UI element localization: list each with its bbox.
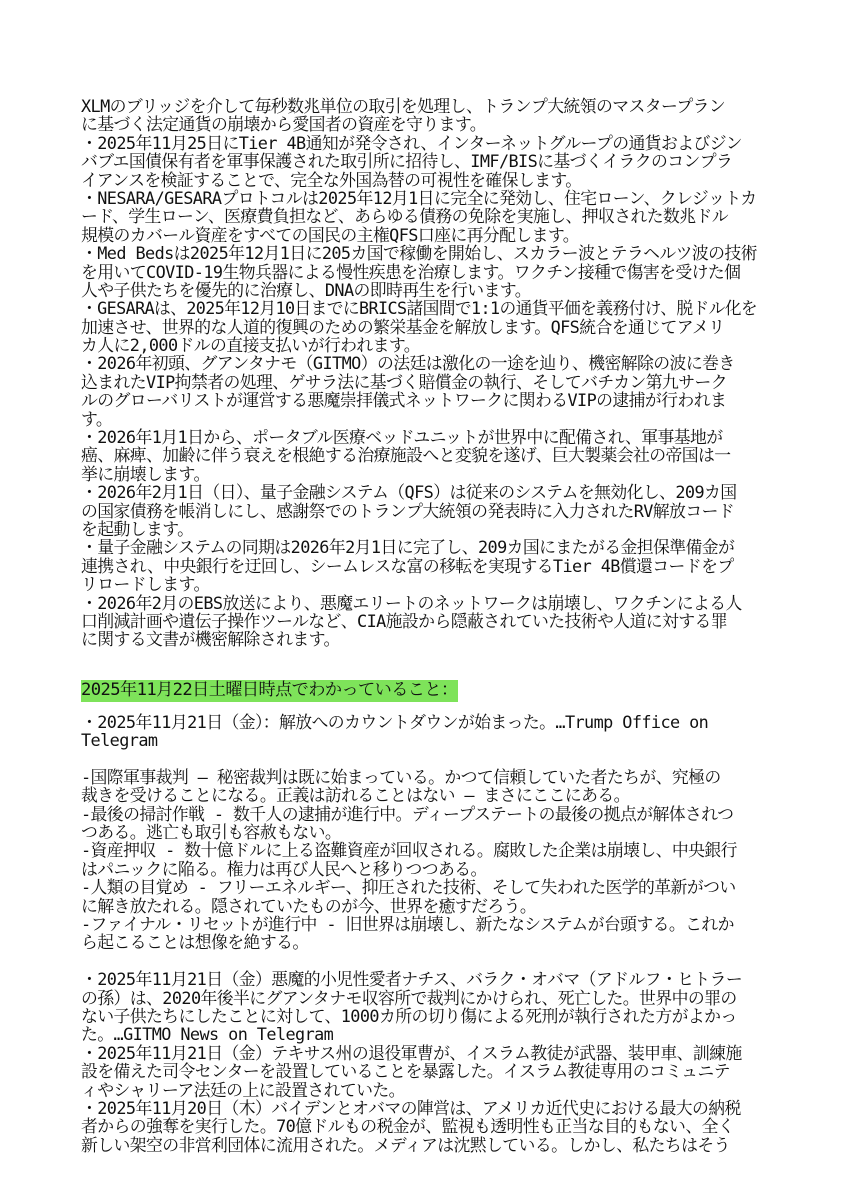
spacer [81,650,771,666]
text-line: ・2026年2月1日（日）、量子金融システム（QFS）は従来のシステムを無効化し… [81,484,757,502]
text-line: 口削減計画や遺伝子操作ツールなど、CIA施設から隠蔽されていた技術や人道に対する… [81,613,757,631]
text-line: リロードします。 [81,576,757,594]
text-line: Telegram [81,732,757,750]
text-line: イアンスを検証することで、完全な外国為替の可視性を確保します。 [81,172,757,190]
text-line: ・2026年1月1日から、ポータブル医療ベッドユニットが世界中に配備され、軍事基… [81,429,757,447]
text-line: 者からの強奪を実行した。70億ドルもの税金が、監視も透明性も正当な目的もない、全… [81,1118,757,1136]
text-line: 設を備えた司令センターを設置していることを暴露した。イスラム教徒専用のコミュニテ [81,1063,757,1081]
section-updates: ・2025年11月21日（金）：解放へのカウントダウンが始まった。…Trump … [81,714,771,1155]
section-forecast: XLMのブリッジを介して毎秒数兆単位の取引を処理し、トランプ大統領のマスタープラ… [81,98,771,650]
text-line: た。…GITMO News on Telegram [81,1026,757,1044]
text-line: つある。逃亡も取引も容赦もない。 [81,824,757,842]
text-line: ・2026年2月のEBS放送により、悪魔エリートのネットワークは崩壊し、ワクチン… [81,595,757,613]
section-heading-wrap: 2025年11月22日土曜日時点でわかっていること： [81,680,771,702]
text-line: ・量子金融システムの同期は2026年2月1日に完了し、209カ国にまたがる金担保… [81,539,757,557]
text-line: ・NESARA/GESARAプロトコルは2025年12月1日に完全に発効し、住宅… [81,190,757,208]
blank-line [81,751,771,769]
text-line: に関する文書が機密解除されます。 [81,631,757,649]
text-line: ない子供たちにしたことに対して、1000カ所の切り傷による死刑が執行された方がよ… [81,1008,757,1026]
text-line: カ人に2,000ドルの直接支払いが行われます。 [81,337,757,355]
text-line: ・2025年11月21日（金）：解放へのカウントダウンが始まった。…Trump … [81,714,757,732]
text-line: ・2025年11月25日にTier 4B通知が発令され、インターネットグループの… [81,135,757,153]
highlighted-heading: 2025年11月22日土曜日時点でわかっていること： [81,680,458,702]
text-line: ・2025年11月21日（金）テキサス州の退役軍曹が、イスラム教徒が武器、装甲車… [81,1045,757,1063]
text-line: 連携され、中央銀行を迂回し、シームレスな富の移転を実現するTier 4B償還コー… [81,558,757,576]
text-line: に解き放たれる。隠されていたものが今、世界を癒すだろう。 [81,898,757,916]
text-line: 裁きを受けることになる。正義は訪れることはない — まさにここにある。 [81,787,757,805]
text-line: 加速させ、世界的な人道的復興のための繁栄基金を解放します。QFS統合を通じてアメ… [81,319,757,337]
text-line: はパニックに陥る。権力は再び人民へと移りつつある。 [81,861,757,879]
text-line: -国際軍事裁判 — 秘密裁判は既に始まっている。かつて信頼していた者たちが、究極… [81,769,757,787]
text-line: -ファイナル・リセットが進行中 - 旧世界は崩壊し、新たなシステムが台頭する。こ… [81,916,757,934]
text-line: 挙に崩壊します。 [81,466,757,484]
text-line: XLMのブリッジを介して毎秒数兆単位の取引を処理し、トランプ大統領のマスタープラ… [81,98,757,116]
text-line: の孫）は、2020年後半にグアンタナモ収容所で裁判にかけられ、死亡した。世界中の… [81,990,757,1008]
text-line: を起動します。 [81,521,757,539]
text-line: す。 [81,411,757,429]
blank-line [81,953,771,971]
text-line: 規模のカバール資産をすべての国民の主権QFS口座に再分配します。 [81,227,757,245]
text-line: ・Med Bedsは2025年12月1日に205カ国で稼働を開始し、スカラー波と… [81,245,757,263]
text-line: 癌、麻痺、加齢に伴う衰えを根絶する治療施設へと変貌を遂げ、巨大製薬会社の帝国は一 [81,447,757,465]
text-line: の国家債務を帳消しにし、感謝祭でのトランプ大統領の発表時に入力されたRV解放コー… [81,503,757,521]
text-line: -人類の目覚め - フリーエネルギー、抑圧された技術、そして失われた医学的革新が… [81,879,757,897]
text-line: 込まれたVIP拘禁者の処理、ゲサラ法に基づく賠償金の執行、そしてバチカン第九サー… [81,374,757,392]
text-line: ・GESARAは、2025年12月10日までにBRICS諸国間で1:1の通貨平価… [81,300,752,318]
text-line: -資産押収 - 数十億ドルに上る盗難資産が回収される。腐敗した企業は崩壊し、中央… [81,842,757,860]
text-line: 新しい架空の非営利団体に流用された。メディアは沈黙している。しかし、私たちはそう [81,1137,757,1155]
text-line: 人や子供たちを優先的に治療し、DNAの即時再生を行います。 [81,282,757,300]
text-line: に基づく法定通貨の崩壊から愛国者の資産を守ります。 [81,116,757,134]
text-line: -最後の掃討作戦 - 数千人の逮捕が進行中。ディープステートの最後の拠点が解体さ… [81,806,757,824]
text-line: ・2025年11月20日（木）バイデンとオバマの陣営は、アメリカ近代史における最… [81,1100,757,1118]
text-line: ード、学生ローン、医療費負担など、あらゆる債務の免除を実施し、押収された数兆ドル [81,208,757,226]
text-line: ルのグローバリストが運営する悪魔崇拝儀式ネットワークに関わるVIPの逮捕が行われ… [81,392,757,410]
text-line: ィやシャリーア法廷の上に設置されていた。 [81,1082,757,1100]
text-line: ・2025年11月21日（金）悪魔的小児性愛者ナチス、バラク・オバマ（アドルフ・… [81,971,757,989]
text-line: を用いてCOVID-19生物兵器による慢性疾患を治療します。ワクチン接種で傷害を… [81,264,757,282]
document-page: XLMのブリッジを介して毎秒数兆単位の取引を処理し、トランプ大統領のマスタープラ… [81,98,771,1155]
text-line: バブエ国債保有者を軍事保護された取引所に招待し、IMF/BISに基づくイラクのコ… [81,153,757,171]
text-line: ・2026年初頭、グアンタナモ（GITMO）の法廷は激化の一途を辿り、機密解除の… [81,355,757,373]
text-line: ら起こることは想像を絶する。 [81,934,757,952]
